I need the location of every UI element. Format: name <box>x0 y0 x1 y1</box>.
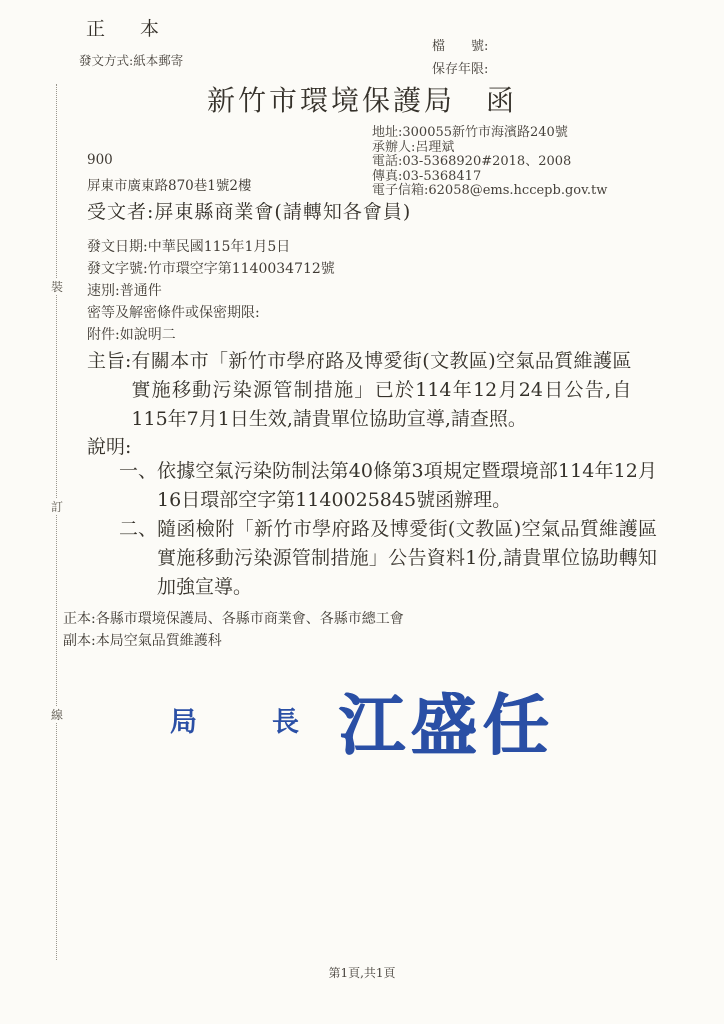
subject-label: 主旨: <box>87 347 131 376</box>
meta-speed: 速別:普通件 <box>87 280 335 302</box>
page-number-footer: 第1頁,共1頁 <box>0 964 724 981</box>
cc-copy-line: 副本:本局空氣品質維護科 <box>63 630 222 650</box>
recipient-line: 受文者:屏東縣商業會(請轉知各會員) <box>87 197 411 224</box>
document-title: 新竹市環境保護局 函 <box>0 79 724 119</box>
meta-issue-date: 發文日期:中華民國115年1月5日 <box>87 236 335 258</box>
meta-attachment: 附件:如說明二 <box>87 324 335 346</box>
cc-original-line: 正本:各縣市環境保護局、各縣市商業會、各縣市總工會 <box>63 608 404 628</box>
subject-text: 有關本市「新竹市學府路及博愛街(文教區)空氣品質維護區實施移動污染源管制措施」已… <box>131 347 631 434</box>
copy-type-label: 正 本 <box>86 14 167 41</box>
item-number: 一、 <box>119 457 157 486</box>
meta-doc-number: 發文字號:竹市環空字第1140034712號 <box>87 258 335 280</box>
item-text: 依據空氣污染防制法第40條第3項規定暨環境部114年12月16日環部空字第114… <box>157 457 657 515</box>
meta-security: 密等及解密條件或保密期限: <box>87 302 335 324</box>
binding-dotted-line <box>56 84 57 960</box>
document-page: 正 本 發文方式:紙本郵寄 檔 號: 保存年限: 新竹市環境保護局 函 地址:3… <box>0 0 724 1024</box>
description-label: 說明: <box>87 432 131 459</box>
document-meta-block: 發文日期:中華民國115年1月5日 發文字號:竹市環空字第1140034712號… <box>87 236 335 346</box>
signature-name-stamp: 江盛任 <box>339 672 555 767</box>
retention-period-label: 保存年限: <box>432 58 488 77</box>
sender-fax: 傳真:03-5368417 <box>372 170 607 185</box>
binding-mark-zhuang: 裝 <box>47 278 67 295</box>
binding-mark-ding: 訂 <box>47 498 67 515</box>
file-number-label: 檔 號: <box>432 35 488 54</box>
sender-contact: 承辦人:呂理斌 <box>372 141 607 156</box>
description-item: 一、 依據空氣污染防制法第40條第3項規定暨環境部114年12月16日環部空字第… <box>119 457 679 515</box>
sender-phone: 電話:03-5368920#2018、2008 <box>372 155 607 170</box>
subject-section: 主旨: 有關本市「新竹市學府路及博愛街(文教區)空氣品質維護區實施移動污染源管制… <box>87 347 647 434</box>
signature-block: 局 長 江盛任 <box>170 672 555 767</box>
recipient-zip: 900 <box>87 152 113 168</box>
item-text: 隨函檢附「新竹市學府路及博愛街(文教區)空氣品質維護區實施移動污染源管制措施」公… <box>157 515 657 602</box>
binding-mark-xian: 線 <box>47 706 67 723</box>
item-number: 二、 <box>119 515 157 544</box>
description-list: 一、 依據空氣污染防制法第40條第3項規定暨環境部114年12月16日環部空字第… <box>119 457 679 602</box>
delivery-method-label: 發文方式:紙本郵寄 <box>79 51 183 69</box>
signature-title: 局 長 <box>170 700 323 739</box>
recipient-address: 屏東市廣東路870巷1號2樓 <box>87 174 251 194</box>
sender-info-block: 地址:300055新竹市海濱路240號 承辦人:呂理斌 電話:03-536892… <box>372 126 607 199</box>
description-item: 二、 隨函檢附「新竹市學府路及博愛街(文教區)空氣品質維護區實施移動污染源管制措… <box>119 515 679 602</box>
sender-address: 地址:300055新竹市海濱路240號 <box>372 126 607 141</box>
